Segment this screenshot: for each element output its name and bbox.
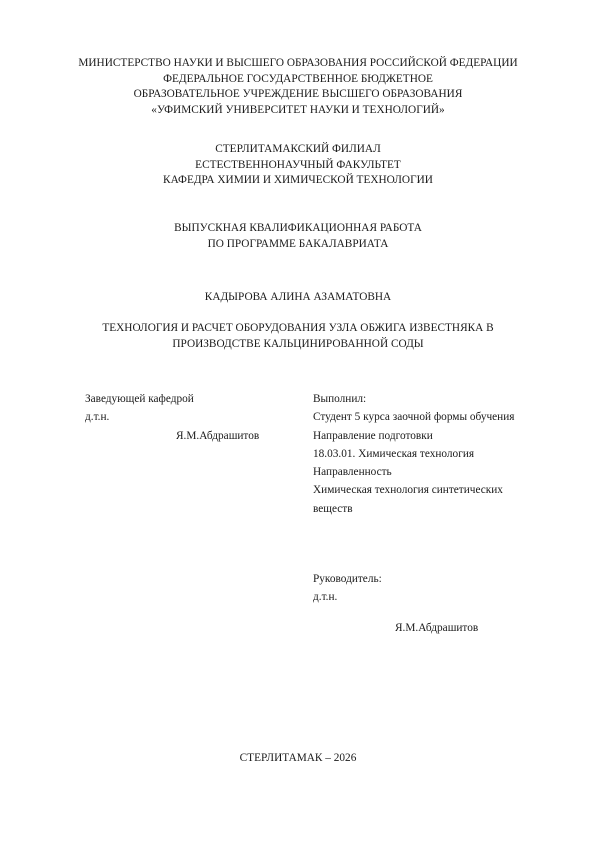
supervisor-degree: д.т.н. — [313, 588, 478, 606]
focus-value: Химическая технология синтетических — [313, 481, 514, 499]
supervisor-label: Руководитель: — [313, 570, 478, 588]
city-year: СТЕРЛИТАМАК – 2026 — [0, 751, 595, 767]
direction-label: Направление подготовки — [313, 427, 514, 445]
student-info: Студент 5 курса заочной формы обучения — [313, 408, 514, 426]
focus-value-cont: веществ — [313, 500, 514, 518]
work-type-line: ВЫПУСКНАЯ КВАЛИФИКАЦИОННАЯ РАБОТА — [0, 221, 595, 237]
branch-line: СТЕРЛИТАМАКСКИЙ ФИЛИАЛ — [0, 142, 595, 158]
work-type: ВЫПУСКНАЯ КВАЛИФИКАЦИОННАЯ РАБОТА ПО ПРО… — [0, 221, 595, 252]
ministry-header: МИНИСТЕРСТВО НАУКИ И ВЫСШЕГО ОБРАЗОВАНИЯ… — [0, 56, 595, 118]
author-name-block: КАДЫРОВА АЛИНА АЗАМАТОВНА — [0, 290, 595, 306]
city-year-footer: СТЕРЛИТАМАК – 2026 — [0, 751, 595, 767]
department-line: КАФЕДРА ХИМИИ И ХИМИЧЕСКОЙ ТЕХНОЛОГИИ — [0, 173, 595, 189]
focus-label: Направленность — [313, 463, 514, 481]
head-label: Заведующей кафедрой — [85, 390, 259, 408]
performed-by-block: Выполнил: Студент 5 курса заочной формы … — [313, 390, 514, 518]
author-name: КАДЫРОВА АЛИНА АЗАМАТОВНА — [0, 290, 595, 306]
header-line: ОБРАЗОВАТЕЛЬНОЕ УЧРЕЖДЕНИЕ ВЫСШЕГО ОБРАЗ… — [0, 87, 595, 103]
supervisor-block: Руководитель: д.т.н. Я.М.Абдрашитов — [313, 570, 478, 637]
header-line: «УФИМСКИЙ УНИВЕРСИТЕТ НАУКИ И ТЕХНОЛОГИЙ… — [0, 103, 595, 119]
work-type-line: ПО ПРОГРАММЕ БАКАЛАВРИАТА — [0, 237, 595, 253]
direction-value: 18.03.01. Химическая технология — [313, 445, 514, 463]
supervisor-name: Я.М.Абдрашитов — [313, 619, 478, 637]
performed-label: Выполнил: — [313, 390, 514, 408]
branch-info: СТЕРЛИТАМАКСКИЙ ФИЛИАЛ ЕСТЕСТВЕННОНАУЧНЫ… — [0, 142, 595, 189]
head-degree: д.т.н. — [85, 408, 259, 426]
thesis-title: ТЕХНОЛОГИЯ И РАСЧЕТ ОБОРУДОВАНИЯ УЗЛА ОБ… — [0, 321, 595, 352]
header-line: ФЕДЕРАЛЬНОЕ ГОСУДАРСТВЕННОЕ БЮДЖЕТНОЕ — [0, 72, 595, 88]
title-line: ТЕХНОЛОГИЯ И РАСЧЕТ ОБОРУДОВАНИЯ УЗЛА ОБ… — [0, 321, 595, 337]
header-line: МИНИСТЕРСТВО НАУКИ И ВЫСШЕГО ОБРАЗОВАНИЯ… — [0, 56, 595, 72]
faculty-line: ЕСТЕСТВЕННОНАУЧНЫЙ ФАКУЛЬТЕТ — [0, 158, 595, 174]
head-name: Я.М.Абдрашитов — [85, 427, 259, 445]
head-of-department-block: Заведующей кафедрой д.т.н. Я.М.Абдрашито… — [85, 390, 259, 445]
title-line: ПРОИЗВОДСТВЕ КАЛЬЦИНИРОВАННОЙ СОДЫ — [0, 337, 595, 353]
